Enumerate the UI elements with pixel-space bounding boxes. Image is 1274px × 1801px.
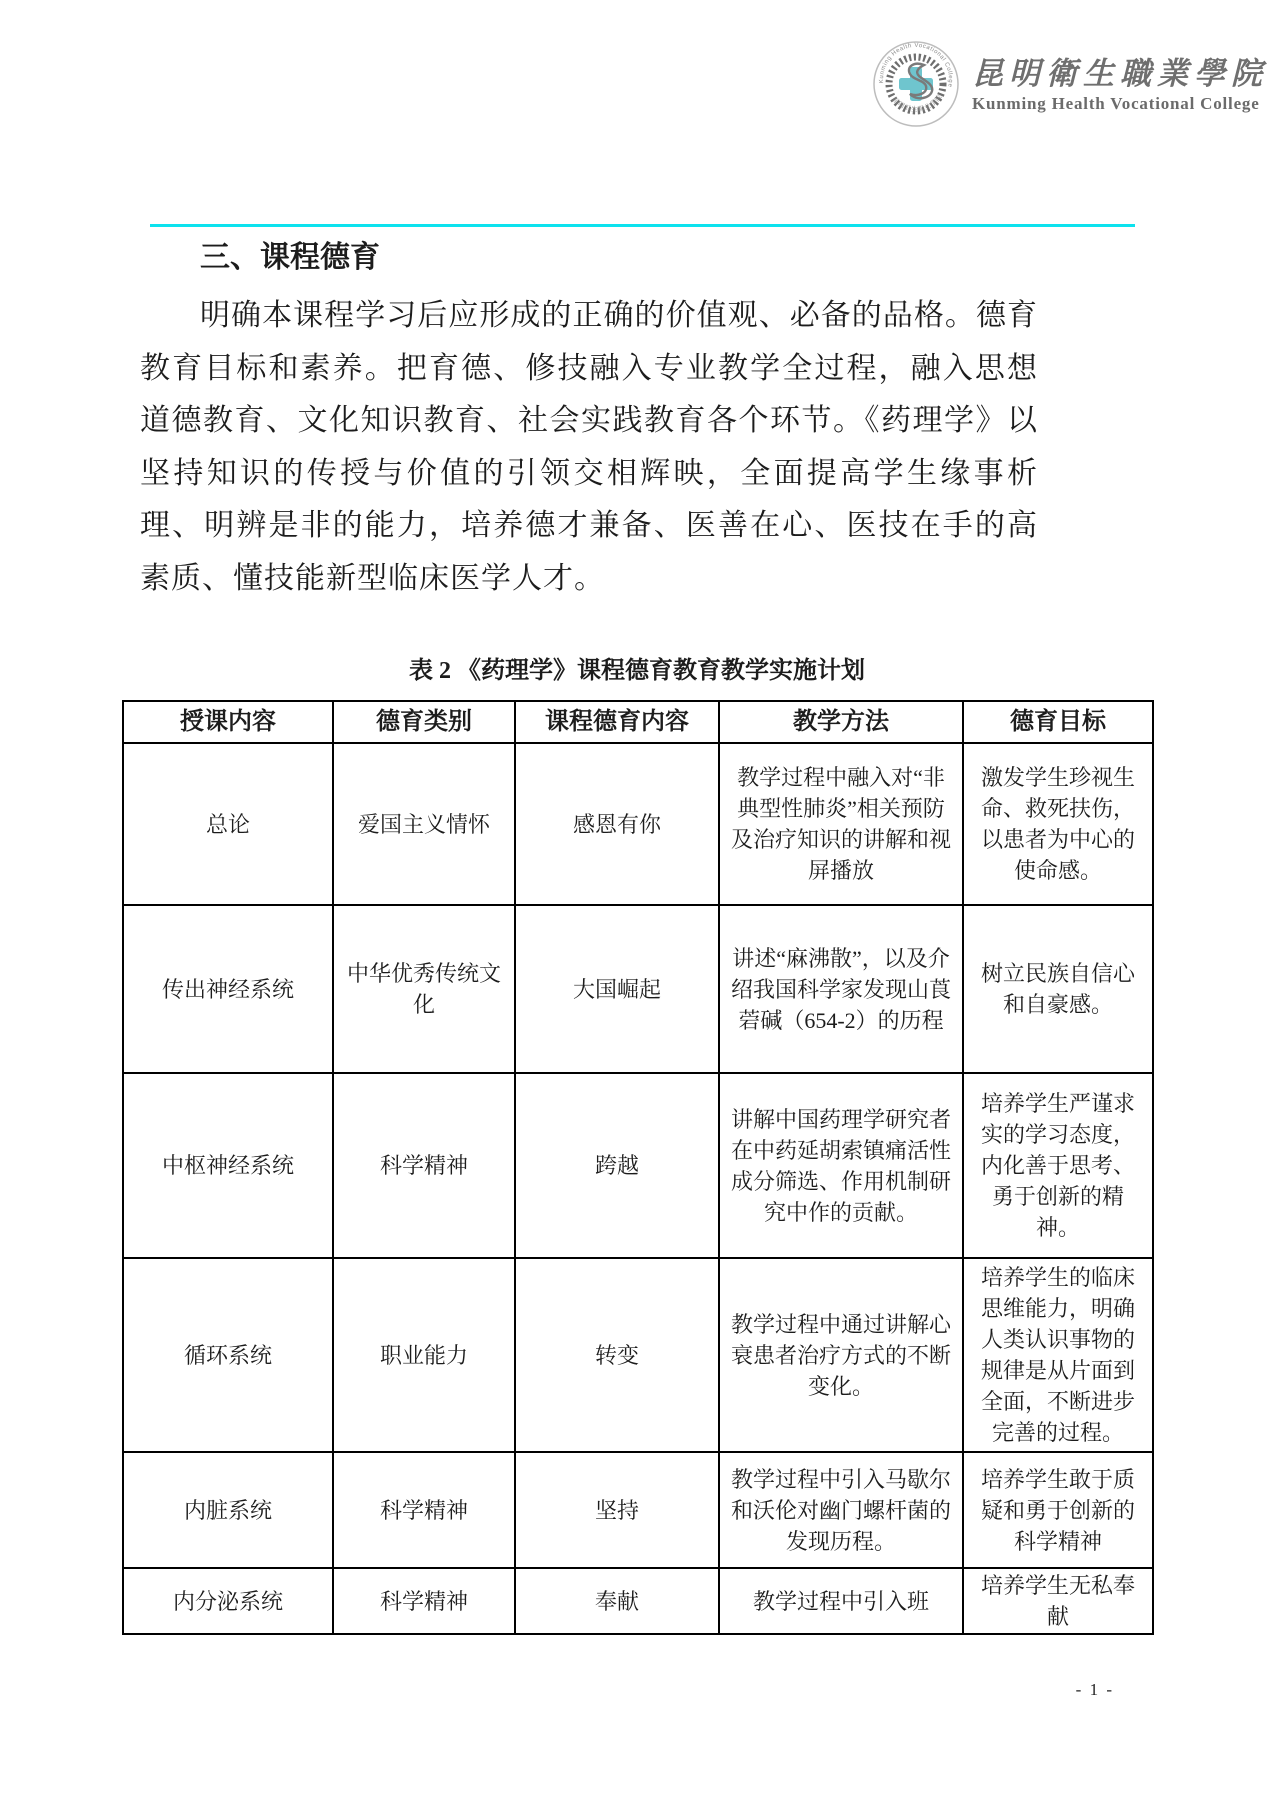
- cell-course-moral-content: 转变: [515, 1258, 719, 1452]
- col-header-moral-goal: 德育目标: [963, 701, 1153, 743]
- college-seal-icon: Kunming Health Vocational College 昆明卫生职业…: [872, 40, 960, 128]
- col-header-moral-category: 德育类别: [333, 701, 515, 743]
- cell-teaching-content: 传出神经系统: [123, 905, 333, 1073]
- college-name-zh: 昆明衛生職業學院: [972, 54, 1268, 94]
- table-row: 循环系统 职业能力 转变 教学过程中通过讲解心衰患者治疗方式的不断变化。 培养学…: [123, 1258, 1153, 1452]
- section-paragraph: 明确本课程学习后应形成的正确的价值观、必备的品格。德育教育目标和素养。把育德、修…: [140, 290, 1038, 605]
- college-name-en: Kunming Health Vocational College: [972, 94, 1260, 114]
- cell-moral-category: 科学精神: [333, 1073, 515, 1258]
- cell-teaching-content: 循环系统: [123, 1258, 333, 1452]
- cell-moral-category: 中华优秀传统文化: [333, 905, 515, 1073]
- table-row: 传出神经系统 中华优秀传统文化 大国崛起 讲述“麻沸散”，以及介绍我国科学家发现…: [123, 905, 1153, 1073]
- table-row: 总论 爱国主义情怀 感恩有你 教学过程中融入对“非典型性肺炎”相关预防及治疗知识…: [123, 743, 1153, 905]
- cell-moral-category: 科学精神: [333, 1568, 515, 1634]
- cell-teaching-content: 内分泌系统: [123, 1568, 333, 1634]
- cell-teaching-content: 中枢神经系统: [123, 1073, 333, 1258]
- col-header-teaching-content: 授课内容: [123, 701, 333, 743]
- cyan-divider-line: [150, 224, 1135, 227]
- cell-teaching-method: 教学过程中融入对“非典型性肺炎”相关预防及治疗知识的讲解和视屏播放: [719, 743, 963, 905]
- col-header-teaching-method: 教学方法: [719, 701, 963, 743]
- college-header: Kunming Health Vocational College 昆明卫生职业…: [872, 40, 1268, 128]
- cell-course-moral-content: 奉献: [515, 1568, 719, 1634]
- document-page: Kunming Health Vocational College 昆明卫生职业…: [0, 0, 1274, 1801]
- moral-education-plan-table: 授课内容 德育类别 课程德育内容 教学方法 德育目标 总论 爱国主义情怀 感恩有…: [122, 700, 1154, 1635]
- cell-moral-goal: 培养学生无私奉献: [963, 1568, 1153, 1634]
- cell-course-moral-content: 大国崛起: [515, 905, 719, 1073]
- cell-teaching-method: 教学过程中通过讲解心衰患者治疗方式的不断变化。: [719, 1258, 963, 1452]
- cell-moral-goal: 培养学生严谨求实的学习态度，内化善于思考、勇于创新的精神。: [963, 1073, 1153, 1258]
- cell-course-moral-content: 坚持: [515, 1452, 719, 1568]
- cell-moral-category: 职业能力: [333, 1258, 515, 1452]
- cell-teaching-method: 教学过程中引入班: [719, 1568, 963, 1634]
- cell-course-moral-content: 跨越: [515, 1073, 719, 1258]
- cell-moral-category: 科学精神: [333, 1452, 515, 1568]
- college-names: 昆明衛生職業學院 Kunming Health Vocational Colle…: [972, 54, 1268, 114]
- cell-moral-goal: 树立民族自信心和自豪感。: [963, 905, 1153, 1073]
- main-content: 三、课程德育 明确本课程学习后应形成的正确的价值观、必备的品格。德育教育目标和素…: [140, 236, 1038, 605]
- table-row: 内分泌系统 科学精神 奉献 教学过程中引入班 培养学生无私奉献: [123, 1568, 1153, 1634]
- cell-moral-goal: 培养学生的临床思维能力，明确人类认识事物的规律是从片面到全面，不断进步完善的过程…: [963, 1258, 1153, 1452]
- cell-teaching-content: 内脏系统: [123, 1452, 333, 1568]
- cell-moral-goal: 培养学生敢于质疑和勇于创新的科学精神: [963, 1452, 1153, 1568]
- cell-teaching-method: 教学过程中引入马歇尔和沃伦对幽门螺杆菌的发现历程。: [719, 1452, 963, 1568]
- table-header-row: 授课内容 德育类别 课程德育内容 教学方法 德育目标: [123, 701, 1153, 743]
- cell-moral-goal: 激发学生珍视生命、救死扶伤，以患者为中心的使命感。: [963, 743, 1153, 905]
- section-heading: 三、课程德育: [200, 236, 1038, 280]
- cell-moral-category: 爱国主义情怀: [333, 743, 515, 905]
- col-header-course-moral-content: 课程德育内容: [515, 701, 719, 743]
- cell-teaching-method: 讲述“麻沸散”，以及介绍我国科学家发现山莨菪碱（654-2）的历程: [719, 905, 963, 1073]
- cell-teaching-method: 讲解中国药理学研究者在中药延胡索镇痛活性成分筛选、作用机制研究中作的贡献。: [719, 1073, 963, 1258]
- table-caption: 表 2 《药理学》课程德育教育教学实施计划: [122, 650, 1152, 685]
- cell-course-moral-content: 感恩有你: [515, 743, 719, 905]
- cell-teaching-content: 总论: [123, 743, 333, 905]
- table-row: 中枢神经系统 科学精神 跨越 讲解中国药理学研究者在中药延胡索镇痛活性成分筛选、…: [123, 1073, 1153, 1258]
- page-number: - 1 -: [1076, 1680, 1114, 1700]
- table-row: 内脏系统 科学精神 坚持 教学过程中引入马歇尔和沃伦对幽门螺杆菌的发现历程。 培…: [123, 1452, 1153, 1568]
